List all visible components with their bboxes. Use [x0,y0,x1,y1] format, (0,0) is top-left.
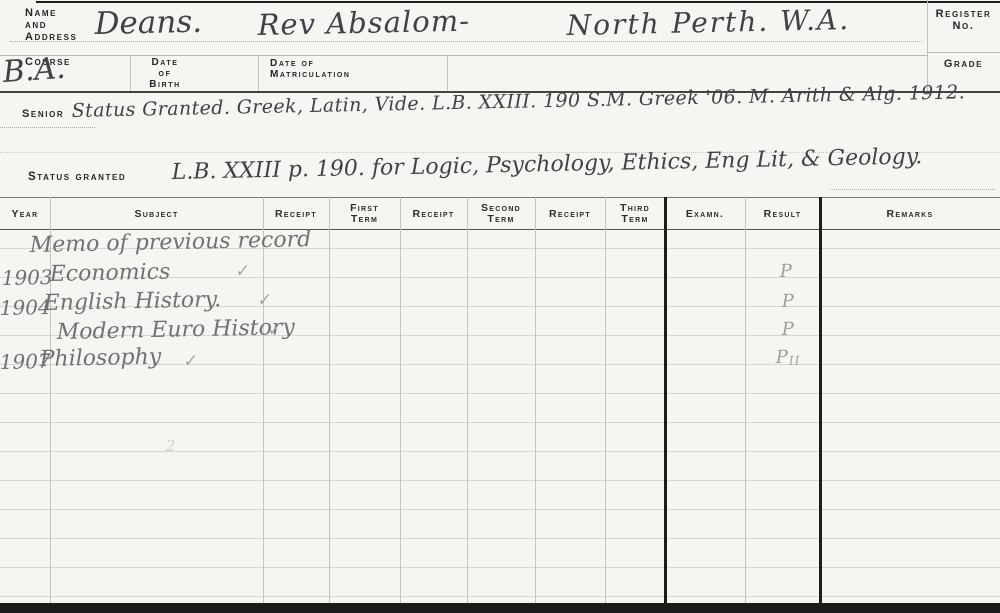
grade-label-text: Grade [927,58,1000,70]
col-header-result: Result [745,201,820,227]
col-header-receipt-3: Receipt [535,201,605,227]
register-label-line1: Register [927,8,1000,20]
name-ruled-line [10,41,922,42]
col-header-result-text: Result [764,209,802,220]
col-line-result [745,197,746,603]
matriculation-label-line2: Matriculation [270,69,351,80]
row-result-main: P [782,291,796,312]
row-subject: Philosophy [39,344,161,372]
course-value: B.A. [2,51,67,90]
col-header-year-text: Year [12,209,39,220]
col-header-third-term-line2: Term [621,214,648,225]
birth-label-line3: Birth [130,79,200,90]
address-value: North Perth. W.A. [566,3,850,42]
register-label-line2: No. [927,20,1000,32]
senior-label: Senior [22,108,64,120]
stray-pencil-mark: 2 [166,437,176,455]
birth-label-line2: of [130,68,200,79]
col-header-subject-text: Subject [134,209,178,220]
col-header-first-term-line2: Term [351,214,378,225]
register-grade-divider [927,52,1000,53]
date-of-matriculation-label: Date of Matriculation [270,58,351,80]
row-checkmark: ✓ [265,319,281,340]
col-header-examn-text: Examn. [686,209,724,220]
col-header-remarks-text: Remarks [886,209,933,220]
col-header-receipt-1-text: Receipt [275,209,317,220]
row-subject: English History. [43,287,221,316]
col-line-year [50,197,51,603]
col-line-subject [263,197,264,603]
date-of-birth-label: Date of Birth [130,57,200,90]
senior-value: Status Granted. Greek, Latin, Vide. L.B.… [72,81,966,122]
top-border [36,1,1000,3]
row-result: P [780,261,794,282]
col-header-third-term: Third Term [605,201,665,227]
name-address-label: Name and Address [25,7,77,43]
row-result: PII [776,346,801,368]
senior-label-text: Senior [22,108,64,120]
status-ruled-line [830,189,995,190]
status-granted-label: Status granted [28,171,126,183]
col-header-first-term: First Term [329,201,400,227]
row-result-main: P [782,319,796,340]
row1-row2-divider [0,55,927,56]
row-subject: Modern Euro History [56,315,295,345]
name-given-value: Rev Absalom- [257,4,470,42]
col-header-examn: Examn. [665,201,745,227]
status-granted-value: L.B. XXIII p. 190. for Logic, Psychology… [171,144,922,185]
name-surname-value: Deans. [94,4,202,42]
birth-label-line1: Date [130,57,200,68]
col-header-receipt-3-text: Receipt [549,209,591,220]
status-granted-label-text: Status granted [28,171,126,183]
col-header-receipt-1: Receipt [263,201,329,227]
row-checkmark: ✓ [255,289,271,310]
matriculation-label-line1: Date of [270,58,351,69]
col-line-receipt2 [467,197,468,603]
col-line-first-term [400,197,401,603]
row-checkmark: ✓ [233,260,249,281]
name-address-label-line2: and [25,19,77,31]
row-year: 1903 [1,265,52,290]
row-result: P [782,291,796,312]
row-checkmark: ✓ [181,350,197,371]
col-line-receipt1 [329,197,330,603]
table-top-border [0,197,1000,198]
col-header-subject: Subject [50,201,263,227]
col-header-year: Year [0,201,50,227]
col-line-examn-thick [664,197,667,603]
row-result-main: P [776,347,790,368]
col-line-remarks-thick [819,197,822,603]
col-header-receipt-2: Receipt [400,201,467,227]
col-header-second-term-line2: Term [487,214,514,225]
row-result-main: P [780,261,794,282]
birth-matriculation-divider [258,55,259,91]
senior-ruled-line [0,127,95,128]
student-record-card: Name and Address Deans. Rev Absalom- Nor… [0,0,1000,613]
register-no-label: Register No. [927,8,1000,32]
grade-label: Grade [927,58,1000,70]
col-header-remarks: Remarks [820,201,1000,227]
matriculation-end-divider [447,55,448,91]
name-address-label-line1: Name [25,7,77,19]
row-subject: Economics [49,259,170,287]
row-result: P [782,319,796,340]
table-body-ruled-lines [0,229,1000,603]
bottom-border [0,603,1000,613]
col-line-second-term [535,197,536,603]
col-header-second-term: Second Term [467,201,535,227]
col-line-receipt3 [605,197,606,603]
row-result-sub: II [789,353,801,367]
col-header-receipt-2-text: Receipt [413,209,455,220]
